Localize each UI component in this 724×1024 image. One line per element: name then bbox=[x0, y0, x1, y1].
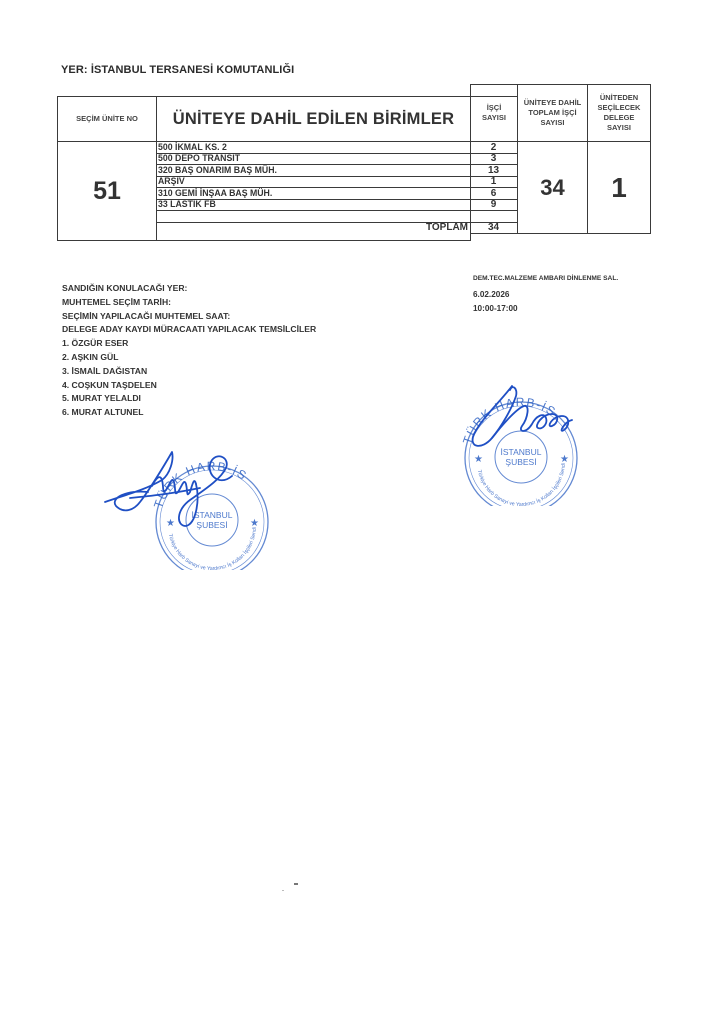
election-date-value: 6.02.2026 bbox=[473, 290, 509, 299]
header-total-workers-line1: ÜNİTEYE DAHİL bbox=[524, 98, 582, 108]
representatives-label: DELEGE ADAY KAYDI MÜRACAATI YAPILACAK TE… bbox=[62, 324, 316, 334]
unit-row-count: 3 bbox=[470, 153, 517, 165]
star-icon: ★ bbox=[166, 518, 175, 529]
header-delegates-line2: SEÇİLECEK bbox=[598, 103, 641, 113]
star-icon: ★ bbox=[560, 454, 569, 465]
header-worker-count-line1: İŞÇİ bbox=[487, 103, 502, 113]
stamp-bottom-text: Türkiye Harb Sanayi ve Yardımcı İş Kolla… bbox=[100, 440, 258, 570]
table-border-bottom-left bbox=[57, 240, 470, 241]
unit-row-count: 9 bbox=[470, 199, 517, 211]
total-workers: 34 bbox=[470, 222, 517, 234]
representative-item: 4. COŞKUN TAŞDELEN bbox=[62, 380, 157, 390]
unit-total-workers: 34 bbox=[518, 142, 587, 233]
header-delegates-line1: ÜNİTEDEN bbox=[600, 93, 638, 103]
unit-row-label: 500 DEPO TRANSİT bbox=[158, 153, 443, 165]
election-time-value: 10:00-17:00 bbox=[473, 304, 518, 313]
unit-row-count: 13 bbox=[470, 165, 517, 177]
unit-row-count: 6 bbox=[470, 188, 517, 200]
header-units: ÜNİTEYE DAHİL EDİLEN BİRİMLER bbox=[157, 97, 470, 141]
representative-item: 1. ÖZGÜR ESER bbox=[62, 338, 128, 348]
representative-item: 3. İSMAİL DAĞISTAN bbox=[62, 366, 147, 376]
table-border-right bbox=[650, 84, 651, 234]
unit-row-label: 320 BAŞ ONARIM BAŞ MÜH. bbox=[158, 165, 443, 177]
ballot-location-value: DEM.TEC.MALZEME AMBARI DİNLENME SAL. bbox=[473, 275, 618, 282]
svg-text:Türkiye Harb Sanayi ve Yardımc: Türkiye Harb Sanayi ve Yardımcı İş Kolla… bbox=[100, 440, 258, 570]
scan-artifact bbox=[282, 890, 284, 891]
unit-number: 51 bbox=[58, 142, 156, 240]
star-icon: ★ bbox=[474, 454, 483, 465]
unit-row-count: 2 bbox=[470, 142, 517, 154]
svg-text:TÜRK HARB-İS: TÜRK HARB-İS bbox=[151, 459, 250, 510]
header-total-workers-line3: SAYISI bbox=[541, 118, 565, 128]
delegates-to-elect: 1 bbox=[588, 142, 650, 233]
representative-item: 2. AŞKIN GÜL bbox=[62, 352, 119, 362]
stamp-center-line2: ŞUBESİ bbox=[505, 457, 536, 467]
star-icon: ★ bbox=[250, 518, 259, 529]
election-date-label: MUHTEMEL SEÇİM TARİH: bbox=[62, 297, 171, 307]
header-worker-count: İŞÇİ SAYISI bbox=[471, 85, 517, 141]
union-stamp-left: TÜRK HARB-İS İSTANBUL ŞUBESİ Türkiye Har… bbox=[100, 440, 270, 570]
stamp-center-line1: İSTANBUL bbox=[501, 447, 542, 457]
svg-text:TÜRK HARB-İS: TÜRK HARB-İS bbox=[460, 395, 559, 446]
header-delegates-line4: SAYISI bbox=[607, 123, 631, 133]
ballot-location-label: SANDIĞIN KONULACAĞI YER: bbox=[62, 283, 187, 293]
union-stamp-right: TÜRK HARB-İS İSTANBUL ŞUBESİ Türkiye Har… bbox=[452, 378, 592, 506]
header-delegates-line3: DELEGE bbox=[604, 113, 635, 123]
header-delegates: ÜNİTEDEN SEÇİLECEK DELEGE SAYISI bbox=[588, 85, 650, 141]
election-time-label: SEÇİMİN YAPILACAĞI MUHTEMEL SAAT: bbox=[62, 311, 230, 321]
scan-artifact bbox=[294, 883, 298, 885]
total-label: TOPLAM bbox=[360, 222, 468, 234]
representative-item: 6. MURAT ALTUNEL bbox=[62, 407, 143, 417]
stamp-center-line1: İSTANBUL bbox=[192, 510, 233, 520]
header-total-workers: ÜNİTEYE DAHİL TOPLAM İŞÇİ SAYISI bbox=[518, 85, 587, 141]
unit-row-label: 33 LASTİK FB bbox=[158, 199, 443, 211]
unit-row-count: 1 bbox=[470, 176, 517, 188]
stamp-top-text: TÜRK HARB-İS bbox=[460, 395, 559, 446]
signature-right bbox=[473, 386, 572, 446]
header-unit-no: SEÇİM ÜNİTE NO bbox=[58, 97, 156, 141]
unit-row-label: 310 GEMİ İNŞAA BAŞ MÜH. bbox=[158, 188, 443, 200]
header-worker-count-line2: SAYISI bbox=[482, 113, 506, 123]
location-title: YER: İSTANBUL TERSANESİ KOMUTANLIĞI bbox=[61, 64, 294, 76]
stamp-center-line2: ŞUBESİ bbox=[196, 520, 227, 530]
header-total-workers-line2: TOPLAM İŞÇİ bbox=[528, 108, 576, 118]
representative-item: 5. MURAT YELALDI bbox=[62, 393, 141, 403]
unit-row-label: 500 İKMAL KS. 2 bbox=[158, 142, 443, 154]
stamp-top-text: TÜRK HARB-İS bbox=[151, 459, 250, 510]
unit-row-label: ARŞİV bbox=[158, 176, 443, 188]
